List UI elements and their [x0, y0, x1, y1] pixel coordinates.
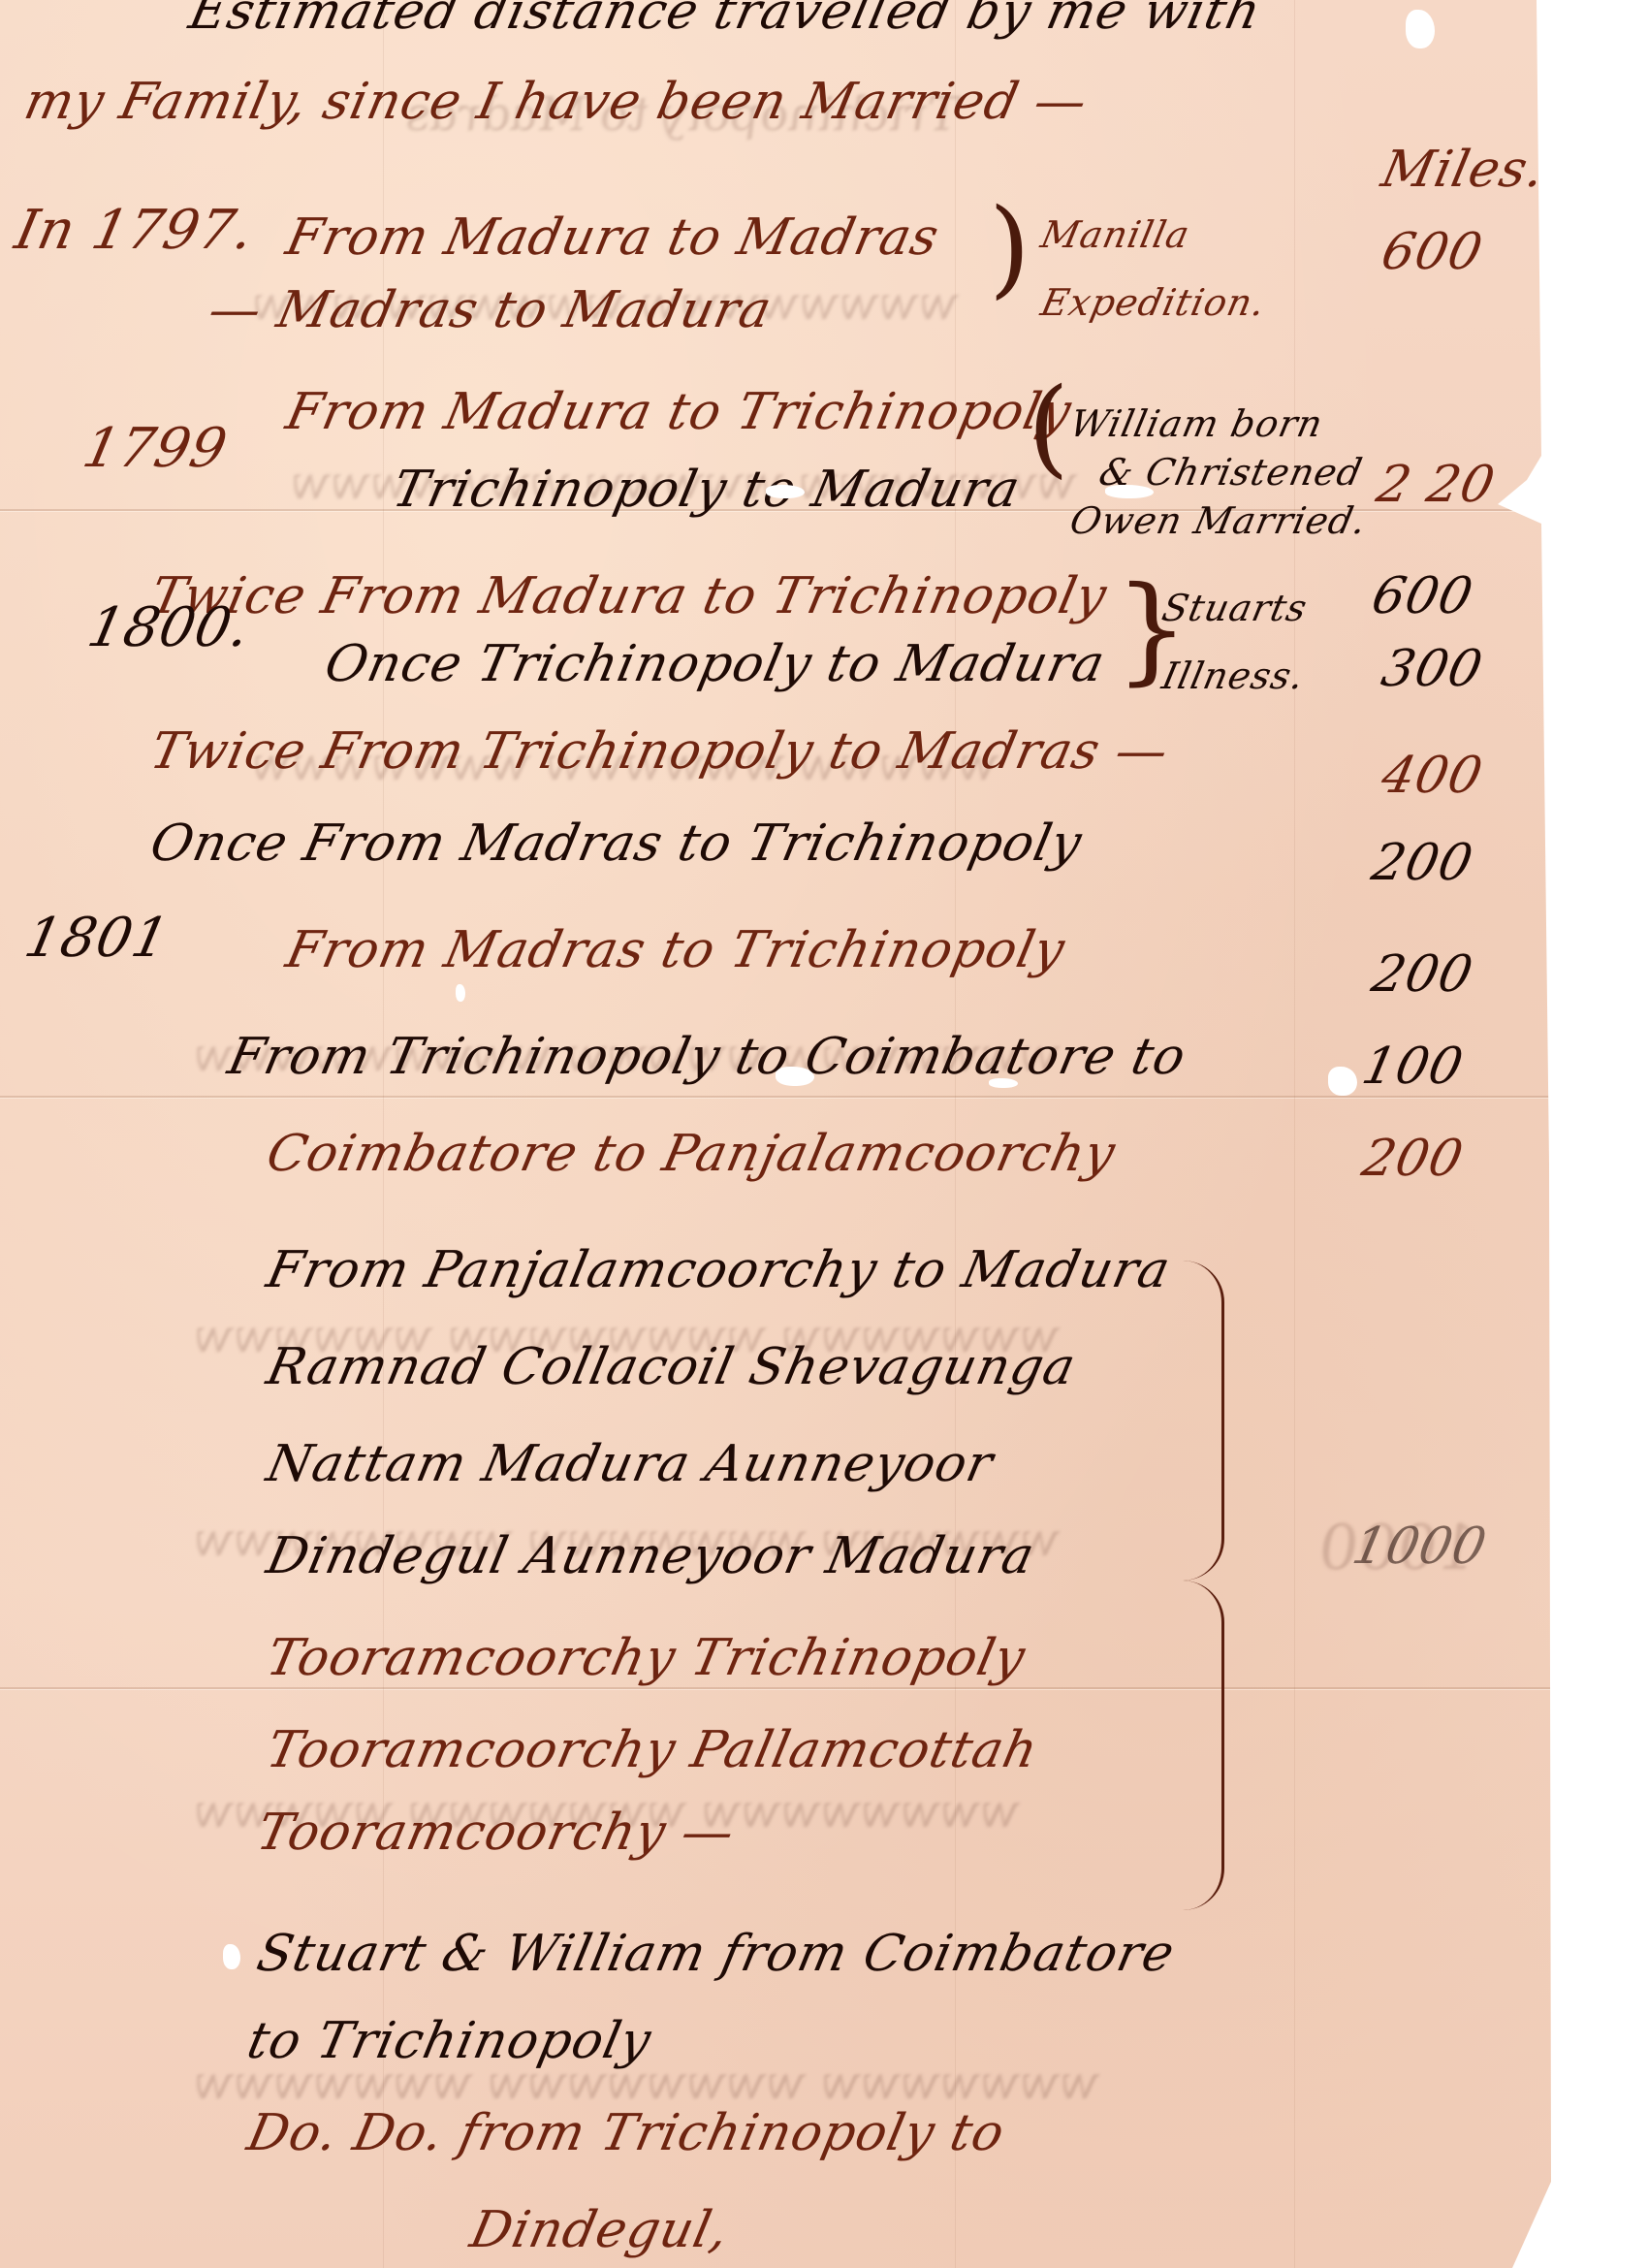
entry-note: Stuarts [1158, 587, 1312, 629]
grouping-brace-icon [1183, 1581, 1224, 1910]
paper-damage [1406, 10, 1435, 48]
fold-line [1294, 0, 1295, 2268]
entry-route: Coimbatore to Panjalamcoorchy [262, 1125, 1121, 1183]
heading-line-1: Estimated distance travelled by me with [184, 0, 1266, 41]
entry-route: From Panjalamcoorchy to Madura [262, 1241, 1176, 1299]
entry-route: Stuart & William from Coimbatore [252, 1925, 1180, 1983]
entry-year: 1801 [19, 907, 174, 970]
entry-route: Do. Do. from Trichinopoly to [242, 2104, 1010, 2162]
entry-route: Dindegul Aunneyoor Madura [262, 1527, 1040, 1585]
paper-damage [1328, 1067, 1357, 1096]
entry-miles: 100 [1357, 1038, 1469, 1096]
entry-route: Tooramcoorchy Pallamcottah [262, 1721, 1043, 1779]
entry-route: From Madura to Trichinopoly [281, 383, 1077, 441]
heading-line-2: my Family, since I have been Married — [19, 73, 1093, 131]
entry-route: Once From Madras to Trichinopoly [145, 815, 1088, 873]
paper-damage [766, 485, 805, 498]
entry-route: Trichinopoly to Madura [388, 461, 1026, 519]
entry-note: Manilla [1037, 213, 1194, 256]
entry-note: Expedition. [1037, 281, 1270, 324]
entry-year: 1800. [82, 596, 256, 659]
entry-route: Twice From Trichinopoly to Madras — [145, 722, 1174, 781]
entry-route: From Madras to Trichinopoly [281, 921, 1070, 979]
entry-miles: 600 [1377, 223, 1488, 281]
entry-route: Tooramcoorchy — [252, 1804, 740, 1862]
entry-route: to Trichinopoly [242, 2012, 656, 2070]
fold-line [0, 1096, 1551, 1098]
entry-miles: 600 [1367, 567, 1478, 625]
entry-note: Illness. [1158, 655, 1309, 697]
entry-route: Tooramcoorchy Trichinopoly [262, 1629, 1030, 1687]
column-header-miles: Miles. [1377, 141, 1550, 199]
entry-route: Ramnad Collacoil Shevagunga [262, 1338, 1081, 1396]
entry-route: Twice From Madura to Trichinopoly [145, 567, 1112, 625]
grouping-brace-icon [1183, 1261, 1224, 1581]
paper-damage [989, 1078, 1018, 1088]
paper-damage [223, 1944, 240, 1969]
paper-damage [456, 984, 465, 1002]
paper-damage [1105, 485, 1154, 498]
manuscript-page: Trichinopoly to Madras wwwwwwww wwwwww w… [0, 0, 1551, 2268]
brace-icon: ( [1028, 373, 1069, 480]
entry-miles: 400 [1377, 747, 1488, 805]
entry-year: 1799 [78, 417, 233, 480]
entry-note: William born [1066, 402, 1327, 445]
paper-damage [776, 1067, 814, 1086]
entry-miles: 300 [1377, 640, 1488, 698]
brace-icon: ) [989, 194, 1030, 301]
entry-year: In 1797. [10, 199, 260, 262]
entry-miles: 2 20 [1372, 456, 1501, 514]
entry-route: Nattam Madura Aunneyoor [262, 1435, 998, 1493]
entry-miles: 1000 [1347, 1517, 1492, 1576]
entry-note: Owen Married. [1066, 499, 1371, 542]
entry-miles: 200 [1367, 945, 1478, 1004]
entry-route: From Madura to Madras [281, 208, 944, 267]
entry-route: Once Trichinopoly to Madura [320, 635, 1110, 693]
entry-route: Dindegul, [465, 2201, 735, 2259]
entry-route: From Trichinopoly to Coimbatore to [223, 1028, 1191, 1086]
fold-line [0, 1687, 1551, 1689]
entry-miles: 200 [1357, 1130, 1469, 1188]
entry-route: — Madras to Madura [204, 281, 777, 339]
entry-miles: 200 [1367, 834, 1478, 892]
